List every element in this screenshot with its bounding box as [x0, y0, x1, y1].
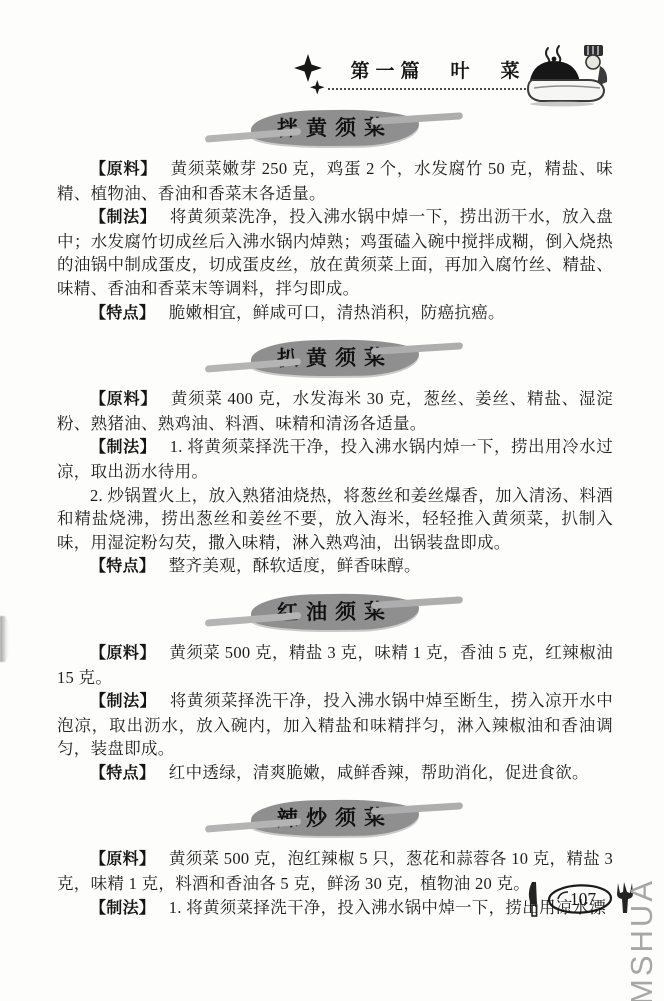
recipe-paragraph: 【制法】将黄须菜择洗干净，投入沸水锅中焯至断生，捞入凉开水中泡凉，取出沥水，放入…	[57, 689, 613, 761]
page-number: 107	[570, 889, 597, 909]
paragraph-label: 【制法】	[90, 900, 155, 917]
recipe-paragraph: 【特点】红中透绿，清爽脆嫩，咸鲜香辣，帮助消化，促进食欲。	[57, 761, 613, 786]
recipe-title: 扒黄须菜	[251, 339, 419, 377]
recipe-section: 拌黄须菜【原料】黄须菜嫩芽 250 克，鸡蛋 2 个，水发腐竹 50 克，精盐、…	[57, 110, 613, 325]
page-number-badge: 107	[522, 878, 636, 925]
paragraph-text: 红中透绿，清爽脆嫩，咸鲜香辣，帮助消化，促进食欲。	[169, 763, 589, 782]
paragraph-label: 【原料】	[90, 161, 157, 178]
knife-icon	[529, 882, 537, 916]
recipe-paragraph: 【原料】黄须菜嫩芽 250 克，鸡蛋 2 个，水发腐竹 50 克，精盐、味精、植…	[57, 157, 613, 205]
paragraph-label: 【制法】	[90, 439, 156, 456]
recipe-paragraph: 【制法】1. 将黄须菜择洗干净，投入沸水锅内焯一下，捞出用冷水过凉，取出沥水待用…	[57, 435, 613, 483]
recipe-title: 拌黄须菜	[251, 109, 419, 147]
dotted-divider	[328, 72, 542, 90]
paragraph-label: 【制法】	[90, 693, 156, 710]
recipe-section: 红油须菜【原料】黄须菜 500 克，精盐 3 克，味精 1 克，香油 5 克，红…	[57, 594, 613, 786]
recipe-section: 扒黄须菜【原料】黄须菜 400 克，水发海米 30 克，葱丝、姜丝、精盐、湿淀粉…	[57, 340, 613, 579]
recipe-title: 红油须菜	[251, 593, 419, 631]
recipe-paragraph: 【原料】黄须菜 400 克，水发海米 30 克，葱丝、姜丝、精盐、湿淀粉、熟猪油…	[57, 387, 613, 435]
recipe-paragraph: 【特点】整齐美观，酥软适度，鲜香味醇。	[57, 554, 613, 579]
paragraph-label: 【原料】	[90, 391, 157, 408]
paragraph-text: 2. 炒锅置火上，放入熟猪油烧热，将葱丝和姜丝爆香，加入清汤、料酒和精盐烧沸，捞…	[57, 486, 613, 552]
recipe-title-row: 辣炒须菜	[57, 800, 613, 836]
recipe-title-row: 拌黄须菜	[57, 110, 613, 146]
paragraph-label: 【原料】	[90, 645, 156, 662]
paragraph-label: 【原料】	[90, 851, 155, 868]
scan-smudge	[0, 616, 9, 662]
recipe-step: 2. 炒锅置火上，放入熟猪油烧热，将葱丝和姜丝爆香，加入清汤、料酒和精盐烧沸，捞…	[57, 484, 613, 555]
paragraph-label: 【特点】	[90, 765, 155, 782]
book-page: 第一篇 叶 菜 拌黄须菜【原料】黄须菜嫩芽 250 克，鸡蛋 2 个，水发腐竹 …	[0, 0, 664, 1001]
recipe-paragraph: 【特点】脆嫩相宜，鲜咸可口，清热消积，防癌抗癌。	[57, 301, 613, 326]
recipe-paragraph: 【制法】将黄须菜洗净，投入沸水锅中焯一下，捞出沥干水，放入盘中；水发腐竹切成丝后…	[57, 205, 613, 300]
recipe-paragraph: 【原料】黄须菜 500 克，精盐 3 克，味精 1 克，香油 5 克，红辣椒油 …	[57, 641, 613, 689]
paragraph-label: 【特点】	[90, 558, 155, 575]
recipes-container: 拌黄须菜【原料】黄须菜嫩芽 250 克，鸡蛋 2 个，水发腐竹 50 克，精盐、…	[57, 110, 613, 920]
chef-dish-icon	[522, 42, 614, 113]
paragraph-text: 脆嫩相宜，鲜咸可口，清热消积，防癌抗癌。	[169, 303, 505, 322]
recipe-title: 辣炒须菜	[251, 800, 419, 838]
paragraph-text: 整齐美观，酥软适度，鲜香味醇。	[169, 556, 421, 575]
paragraph-label: 【制法】	[90, 209, 156, 226]
paragraph-label: 【特点】	[90, 305, 155, 322]
recipe-title-row: 红油须菜	[57, 594, 613, 630]
watermark: MSHUA	[624, 878, 660, 1001]
recipe-title-row: 扒黄须菜	[57, 340, 613, 376]
